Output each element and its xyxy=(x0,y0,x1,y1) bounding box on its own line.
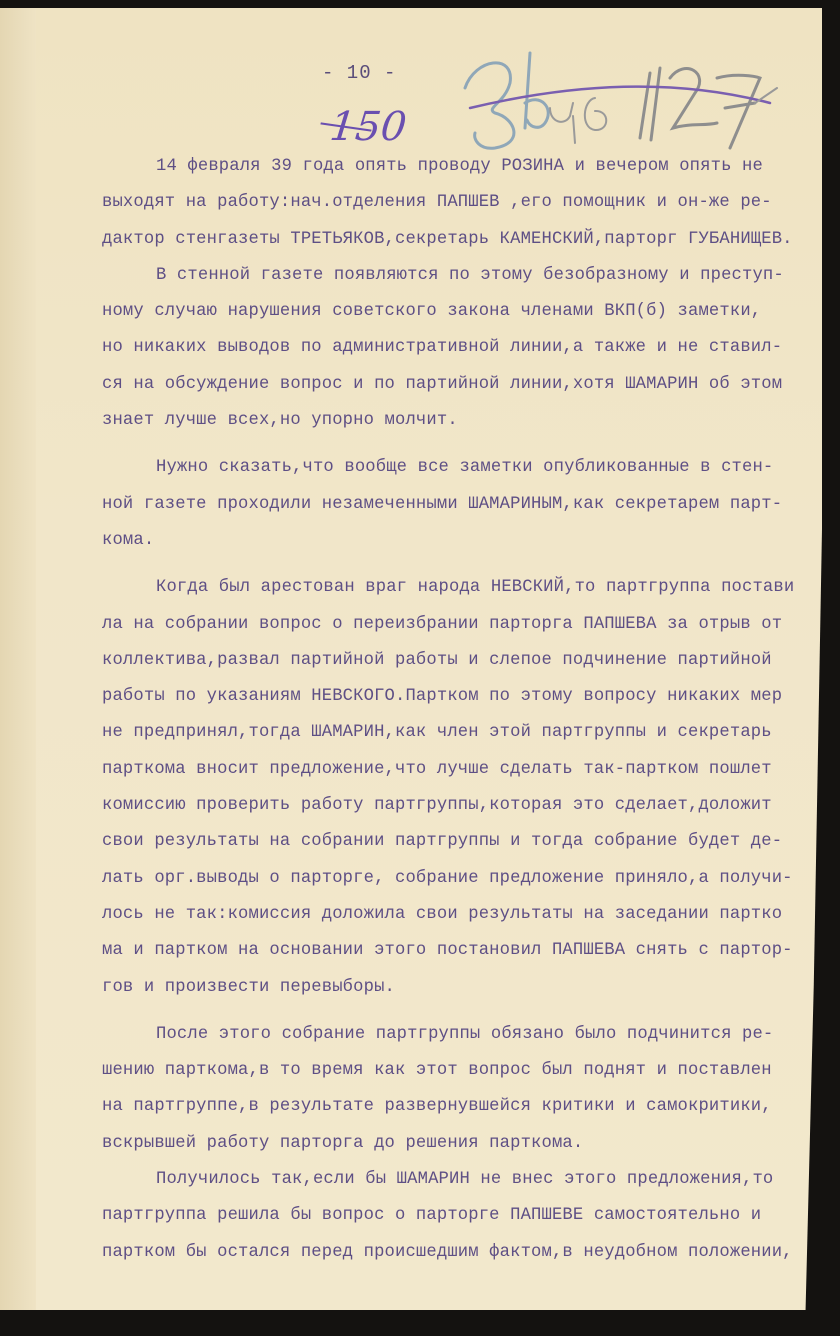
page-binding-edge xyxy=(0,8,36,1310)
text-line: партгруппа решила бы вопрос о парторге П… xyxy=(102,1198,802,1234)
text-line: работы по указаниям НЕВСКОГО.Партком по … xyxy=(102,679,802,715)
text-line: ся на обсуждение вопрос и по партийной л… xyxy=(102,367,802,403)
page-number: - 10 - xyxy=(322,62,396,84)
text-line: кома. xyxy=(102,523,802,559)
text-line: лось не так:комиссия доложила свои резул… xyxy=(102,897,802,933)
text-line: свои результаты на собрании партгруппы и… xyxy=(102,824,802,860)
text-line: гов и произвести перевыборы. xyxy=(102,970,802,1006)
text-line: лать орг.выводы о парторге, собрание пре… xyxy=(102,861,802,897)
text-line: знает лучше всех,но упорно молчит. xyxy=(102,403,802,439)
text-line: Когда был арестован враг народа НЕВСКИЙ,… xyxy=(102,570,802,606)
text-line: ной газете проходили незамеченными ШАМАР… xyxy=(102,487,802,523)
text-line: шению парткома,в то время как этот вопро… xyxy=(102,1053,802,1089)
text-line: 14 февраля 39 года опять проводу РОЗИНА … xyxy=(102,149,802,185)
text-line: парткома вносит предложение,что лучше сд… xyxy=(102,752,802,788)
text-line: но никаких выводов по административной л… xyxy=(102,330,802,366)
text-line: ма и партком на основании этого постанов… xyxy=(102,933,802,969)
text-line: на партгруппе,в результате развернувшейс… xyxy=(102,1089,802,1125)
text-line: комиссию проверить работу партгруппы,кот… xyxy=(102,788,802,824)
handwritten-folio-number: 150 xyxy=(328,104,409,150)
text-line: Получилось так,если бы ШАМАРИН не внес э… xyxy=(102,1162,802,1198)
text-line: В стенной газете появляются по этому без… xyxy=(102,258,802,294)
text-line: вскрывшей работу парторга до решения пар… xyxy=(102,1126,802,1162)
text-line: После этого собрание партгруппы обязано … xyxy=(102,1017,802,1053)
document-page: - 10 - 150 14 февраля 39 года опять пров… xyxy=(0,8,822,1310)
text-line: коллектива,развал партийной работы и сле… xyxy=(102,643,802,679)
document-body: 14 февраля 39 года опять проводу РОЗИНА … xyxy=(102,149,802,1271)
text-line: дактор стенгазеты ТРЕТЬЯКОВ,секретарь КА… xyxy=(102,222,802,258)
text-line: выходят на работу:нач.отделения ПАПШЕВ ,… xyxy=(102,185,802,221)
text-line: ному случаю нарушения советского закона … xyxy=(102,294,802,330)
text-line: партком бы остался перед происшедшим фак… xyxy=(102,1235,802,1271)
handwritten-archive-mark xyxy=(455,48,785,158)
text-line: не предпринял,тогда ШАМАРИН,как член это… xyxy=(102,715,802,751)
text-line: Нужно сказать,что вообще все заметки опу… xyxy=(102,450,802,486)
text-line: ла на собрании вопрос о переизбрании пар… xyxy=(102,607,802,643)
